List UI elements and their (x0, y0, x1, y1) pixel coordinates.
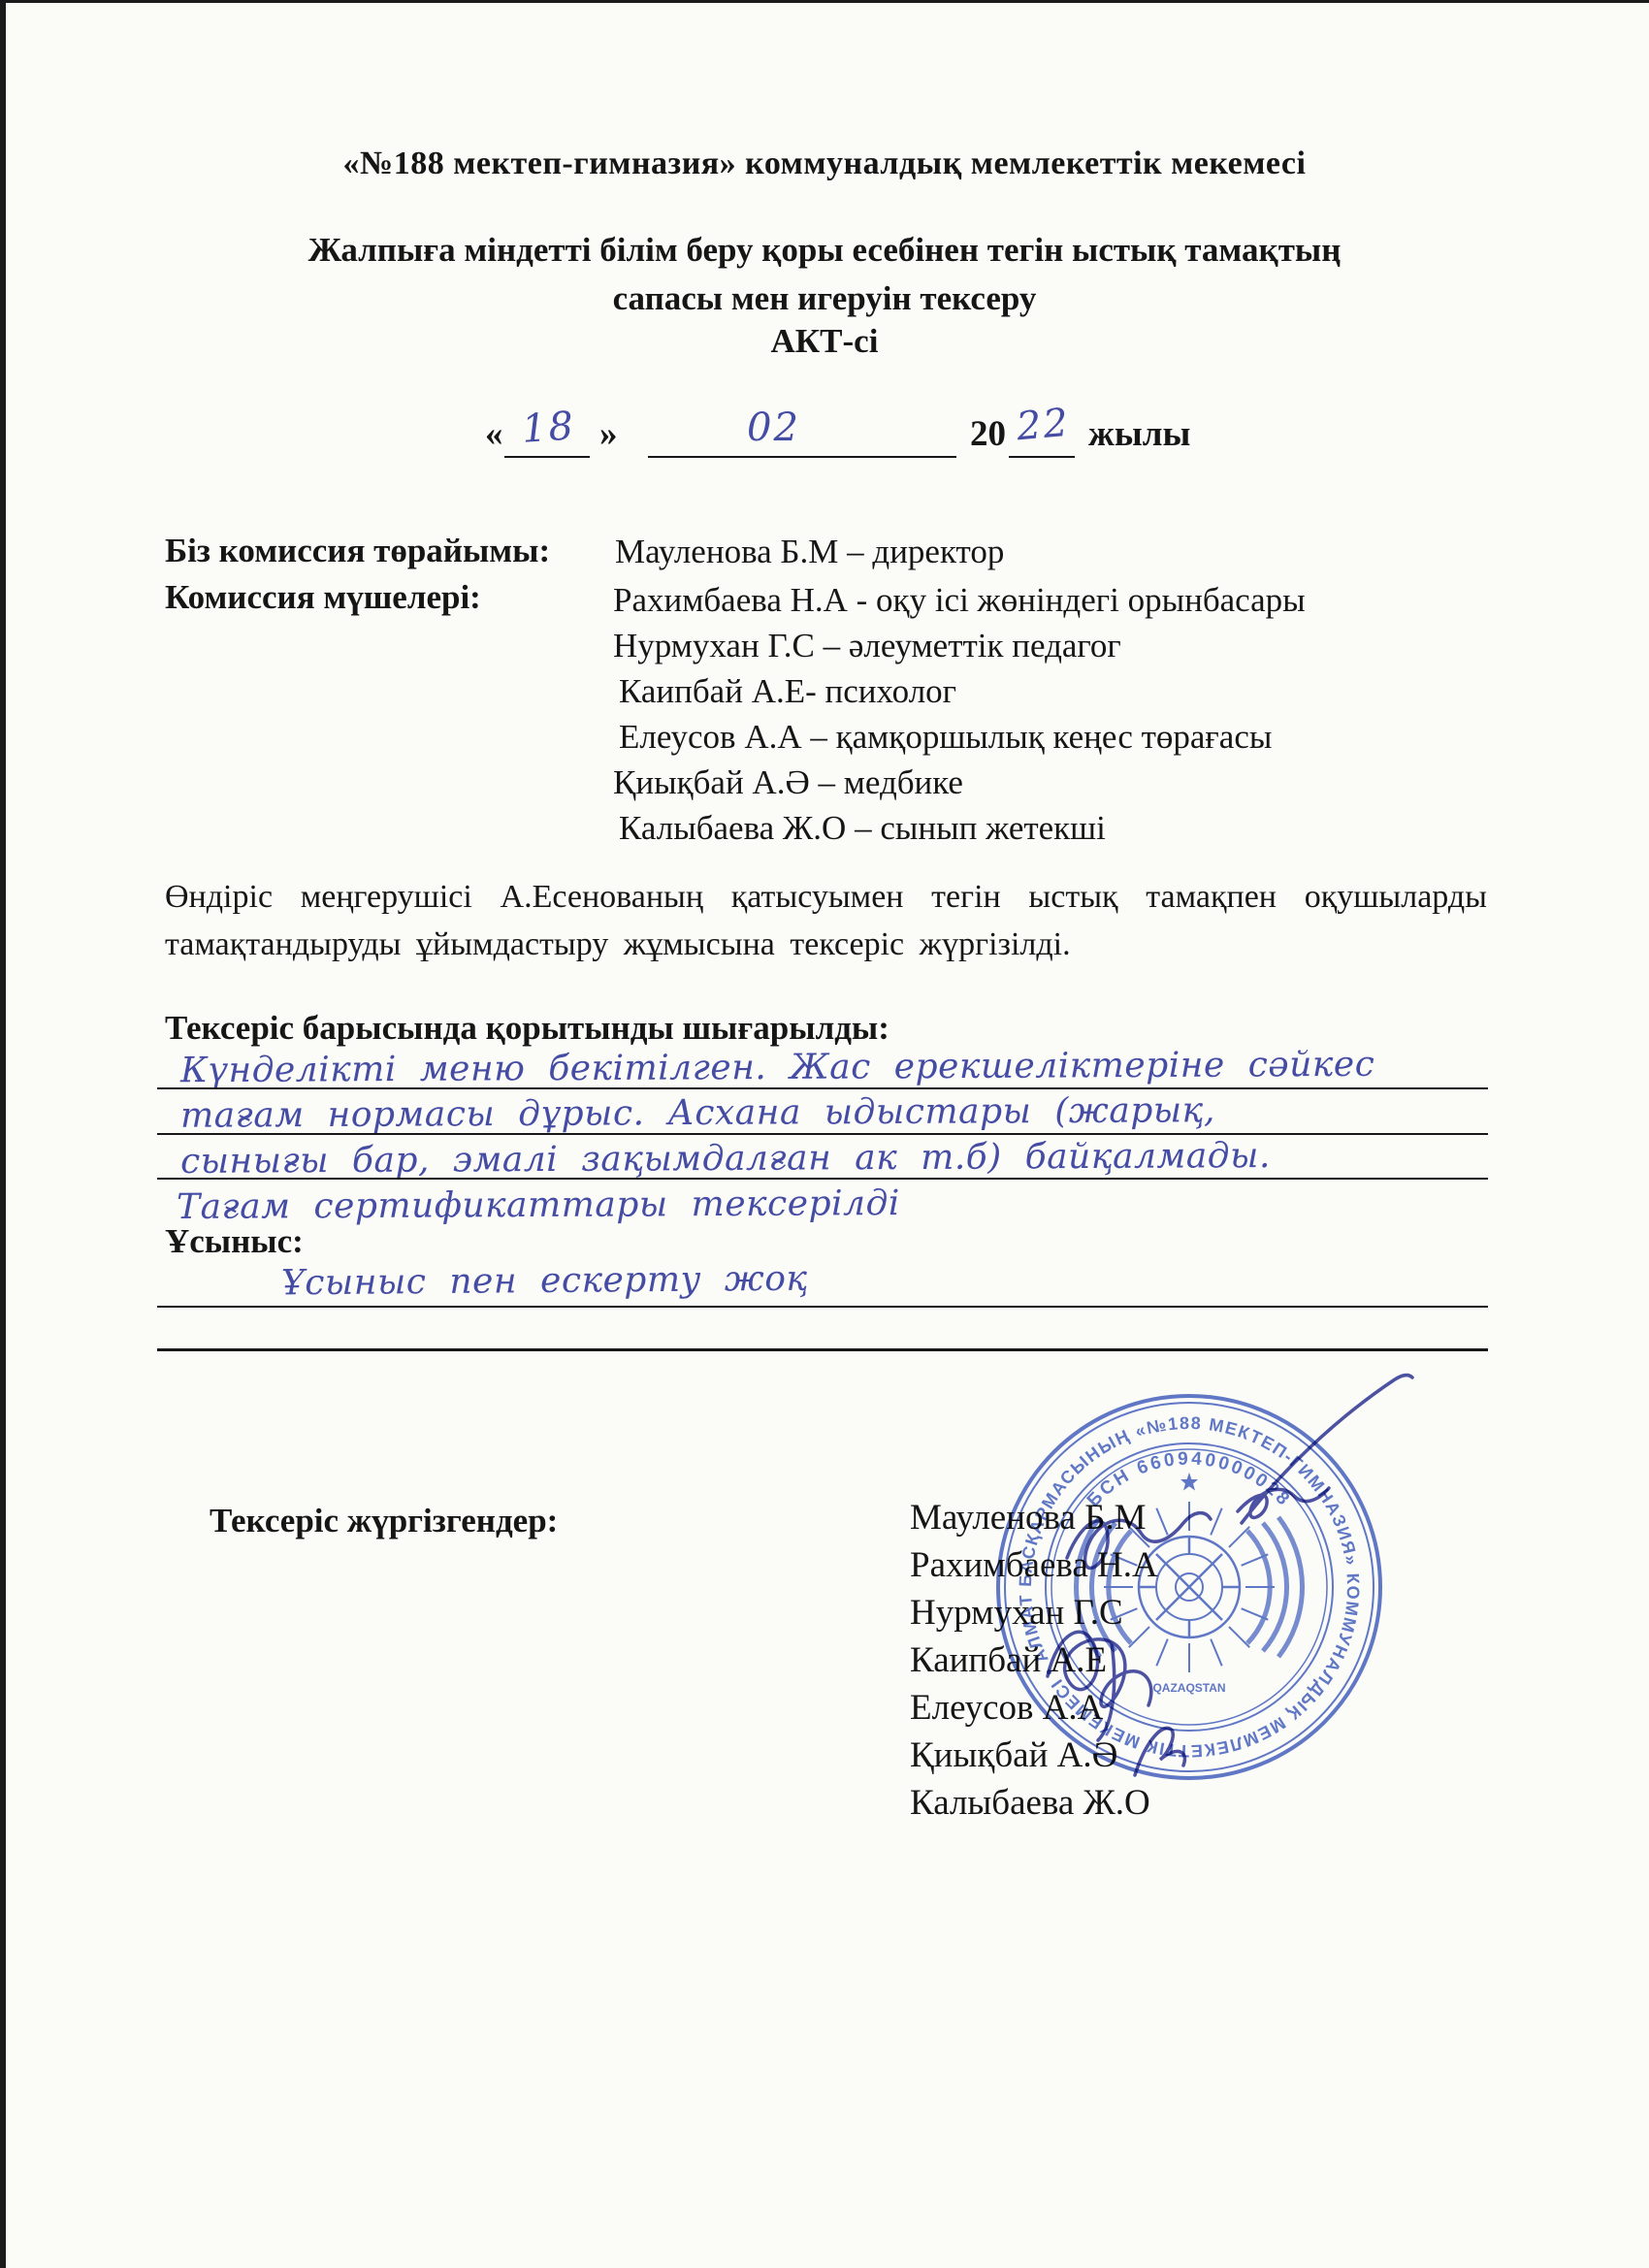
suggestion-rule (157, 1306, 1488, 1308)
conclusion-rule-3 (157, 1178, 1488, 1180)
conclusion-heading: Тексеріс барысында қорытынды шығарылды: (165, 1009, 889, 1048)
date-year-underline (1009, 456, 1075, 458)
date-year-handwritten: 22 (1015, 401, 1072, 450)
suggestion-handwritten-line: Ұсыныс пен ескерту жоқ (281, 1259, 808, 1304)
commission-members-label: Комиссия мүшелері: (165, 578, 481, 617)
commission-member: Каипбай А.Е- психолог (619, 668, 1306, 714)
commission-member: Елеусов А.А – қамқоршылық кеңес төрағасы (619, 714, 1306, 760)
commission-member: Калыбаева Ж.О – сынып жетекші (619, 805, 1306, 851)
doc-type-title: АКТ-сі (0, 322, 1649, 361)
conclusion-handwritten-line: Күнделікті меню бекітілген. Жас ерекшелі… (180, 1045, 1375, 1090)
conclusion-rule-1 (157, 1087, 1488, 1089)
empty-rule (157, 1348, 1488, 1351)
conclusion-handwritten-line: сынығы бар, эмалі зақымдалған ак т.б) ба… (180, 1136, 1271, 1182)
signature-stroke (1067, 1513, 1211, 1569)
commission-members-list: Рахимбаева Н.А - оқу ісі жөніндегі орынб… (613, 577, 1306, 851)
date-day-underline (504, 456, 590, 458)
signature-stroke (1048, 1632, 1151, 1740)
date-close-quote: » (599, 413, 618, 455)
commission-member: Рахимбаева Н.А - оқу ісі жөніндегі орынб… (613, 577, 1306, 623)
date-day-handwritten: 18 (520, 404, 576, 452)
signature-stroke (1135, 1728, 1184, 1775)
commission-member: Қиықбай А.Ә – медбике (613, 760, 1306, 805)
date-month-underline (648, 456, 956, 458)
pen-signatures (951, 1356, 1494, 1841)
conclusion-rule-2 (157, 1133, 1488, 1135)
signature-stroke (1238, 1488, 1329, 1517)
org-title: «№188 мектеп-гимназия» коммуналдық мемле… (0, 146, 1649, 182)
subject-line-1: Жалпыға міндетті білім беру қоры есебіне… (0, 231, 1649, 270)
commission-member: Нурмухан Г.С – әлеуметтік педагог (613, 623, 1306, 668)
commission-chair-label: Біз комиссия төрайымы: (165, 532, 550, 570)
conclusion-handwritten-line: тағам нормасы дұрыс. Асхана ыдыстары (жа… (180, 1090, 1215, 1136)
suggestion-heading: Ұсыныс: (165, 1222, 304, 1261)
scanned-act-document: «№188 мектеп-гимназия» коммуналдық мемле… (0, 0, 1649, 2268)
signers-label: Тексеріс жүргізгендер: (210, 1502, 558, 1540)
date-month-handwritten: 02 (747, 405, 800, 450)
date-suffix: жылы (1088, 413, 1190, 455)
date-open-quote: « (485, 413, 503, 455)
conclusion-handwritten-line: Тағам сертификаттары тексерілді (177, 1183, 900, 1227)
body-paragraph: Өндіріс меңгерушісі А.Есенованың қатысуы… (165, 873, 1487, 968)
commission-chair-value: Мауленова Б.М – директор (615, 533, 1004, 571)
subject-line-2: сапасы мен игеруін тексеру (0, 279, 1649, 318)
date-century: 20 (970, 413, 1006, 455)
scan-artifact-top-edge (0, 0, 1649, 3)
